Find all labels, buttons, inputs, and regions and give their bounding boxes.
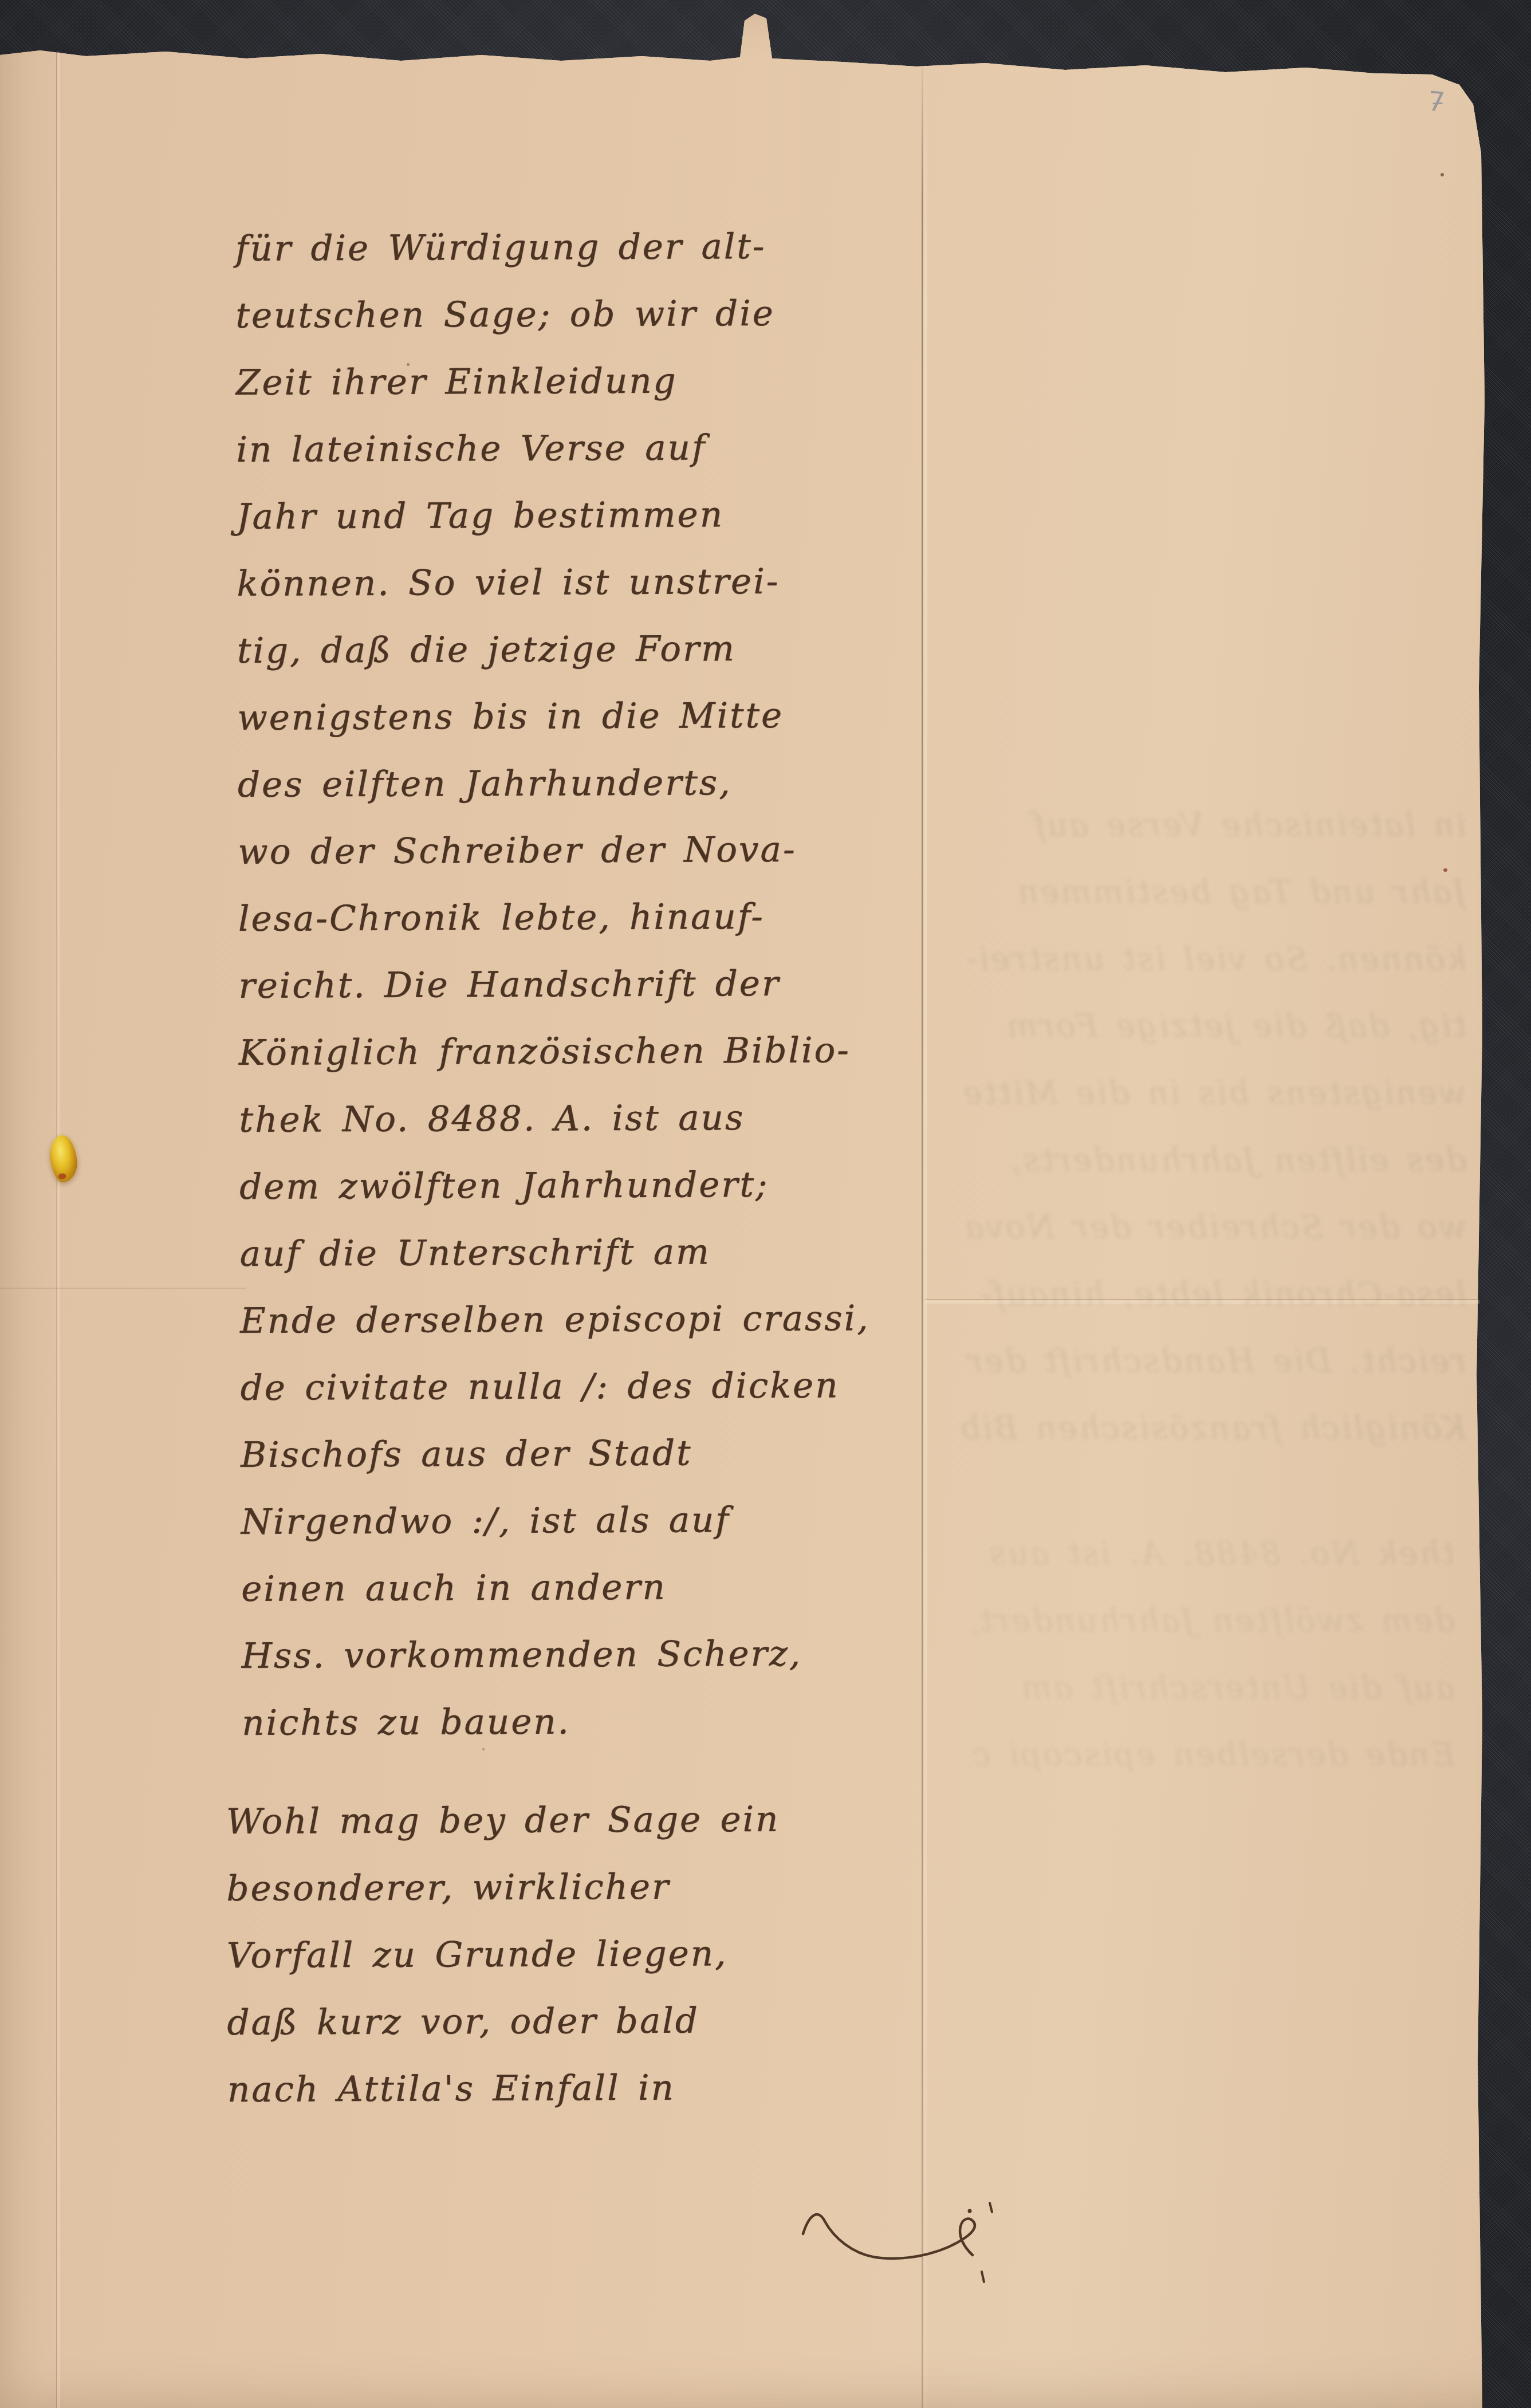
handwritten-line: wo der Schreiber der Nova- (238, 828, 988, 899)
wax-red-fleck (58, 1173, 66, 1180)
handwritten-line: daß kurz vor, oder bald (227, 1999, 993, 2069)
paragraph: Wohl mag bey der Sage einbesonderer, wir… (226, 1798, 994, 2136)
handwritten-line: auf die Unterschrift am (239, 1230, 990, 1301)
handwritten-line: können. So viel ist unstrei- (237, 560, 987, 631)
handwritten-line: teutschen Sage; ob wir die (235, 292, 986, 363)
scanned-document: in lateinische Verse aufJahr und Tag bes… (0, 0, 1531, 2408)
handwritten-line: Ende derselben episcopi crassi, (240, 1297, 990, 1368)
handwritten-line: einen auch in andern (241, 1565, 991, 1636)
handwritten-line: Bischofs aus der Stadt (241, 1431, 991, 1502)
handwritten-line: in lateinische Verse auf (236, 426, 986, 497)
paragraph: für die Würdigung der alt-teutschen Sage… (235, 225, 993, 1770)
handwritten-line: besonderer, wirklicher (226, 1865, 993, 1935)
handwritten-line: Hss. vorkommenden Scherz, (241, 1632, 991, 1703)
handwritten-line: dem zwölften Jahrhundert; (239, 1163, 990, 1234)
paragraph-end-flourish-icon (797, 2201, 1003, 2287)
handwritten-line: Zeit ihrer Einkleidung (236, 359, 986, 430)
handwritten-line: lesa-Chronik lebte, hinauf- (238, 895, 989, 966)
handwritten-line: thek No. 8488. A. ist aus (239, 1096, 989, 1167)
handwritten-line: Nirgendwo :/, ist als auf (241, 1498, 991, 1569)
handwritten-line: de civitate nulla /: des dicken (240, 1364, 990, 1435)
handwritten-line: für die Würdigung der alt- (235, 225, 986, 296)
handwritten-line: Königlich französischen Biblio- (239, 1029, 989, 1100)
handwritten-line: wenigstens bis in die Mitte (237, 694, 987, 765)
handwritten-line: Vorfall zu Grunde liegen, (227, 1932, 993, 2002)
handwritten-line: nichts zu bauen. (242, 1699, 992, 1770)
handwritten-line: Wohl mag bey der Sage ein (226, 1798, 993, 1868)
handwritten-line: reicht. Die Handschrift der (238, 962, 989, 1033)
handwritten-line: tig, daß die jetzige Form (237, 627, 987, 698)
handwritten-text: für die Würdigung der alt-teutschen Sage… (235, 225, 994, 2136)
pencil-page-number: 7 (1426, 86, 1463, 129)
handwritten-line: des eilften Jahrhunderts, (238, 761, 988, 832)
handwritten-line: Jahr und Tag bestimmen (237, 493, 987, 564)
handwritten-line: nach Attila's Einfall in (227, 2066, 994, 2136)
